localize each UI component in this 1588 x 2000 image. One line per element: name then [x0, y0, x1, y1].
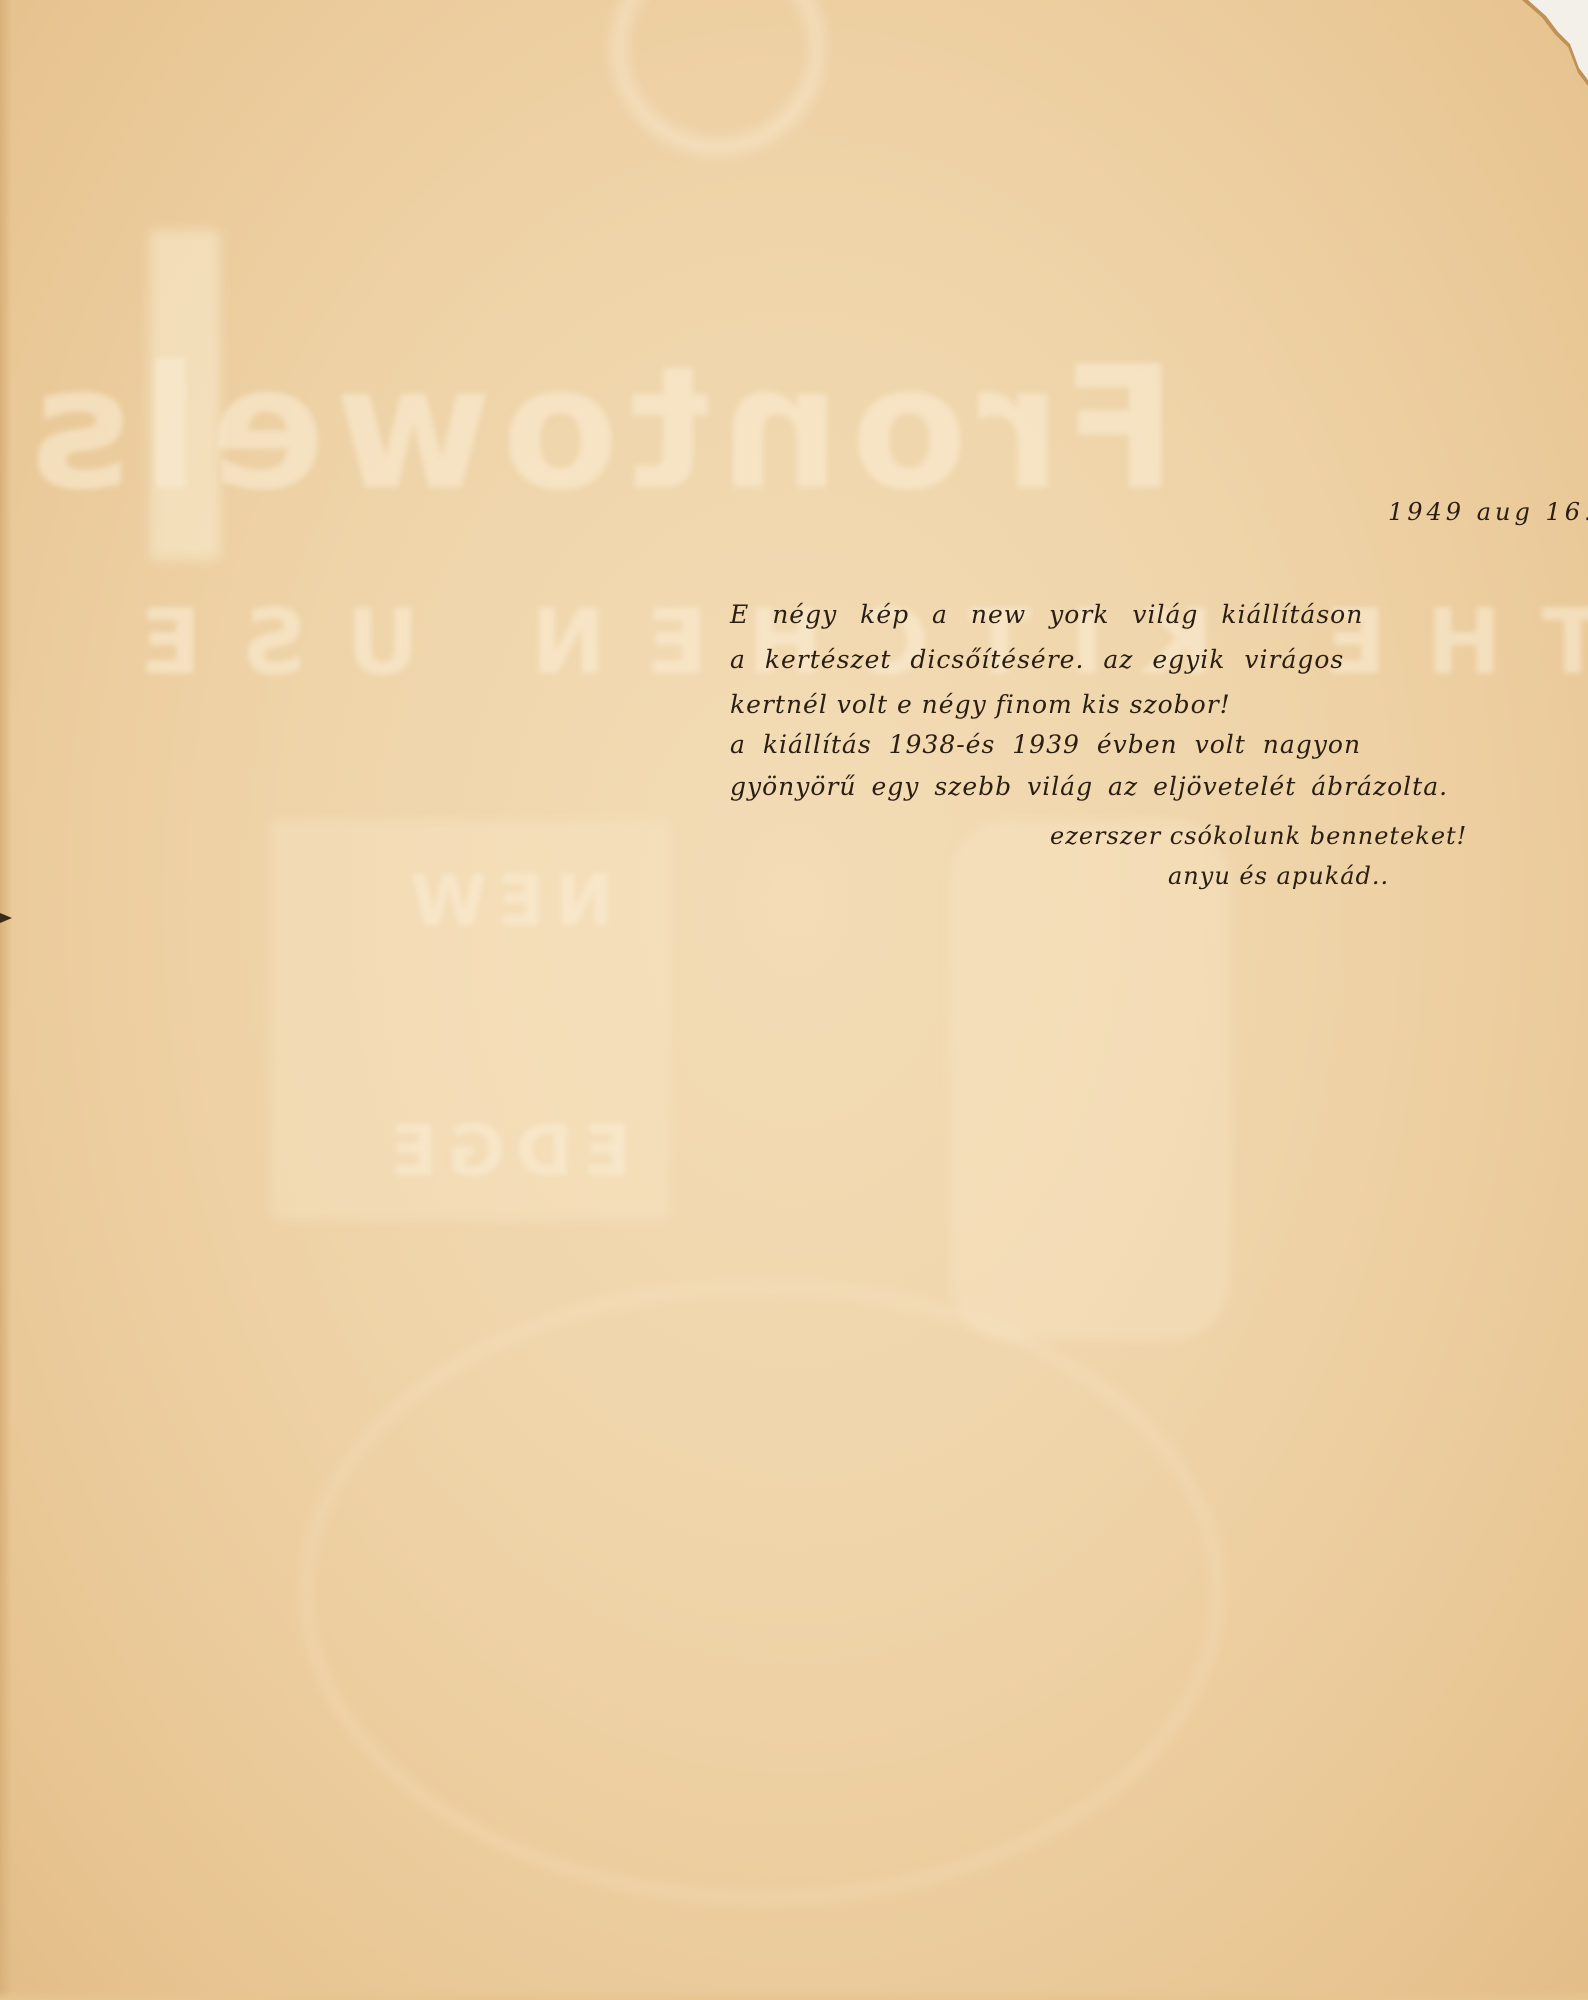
note-line-2: a kertészet dicsőítésére. az egyik virág…: [730, 645, 1344, 674]
note-line-4: a kiállítás 1938-és 1939 évben volt nagy…: [730, 730, 1361, 759]
bleed-through-label-new: NEW: [400, 860, 614, 942]
note-closing: ezerszer csókolunk benneteket!: [1050, 822, 1467, 850]
note-signature: anyu és apukád..: [1168, 862, 1389, 890]
note-date: 1949 aug 16.: [1388, 498, 1588, 526]
aged-paper-page: Frontowels IN THE KITCHEN USE NEW EDGE 1…: [0, 0, 1588, 2000]
paper-bottom-edge: [0, 1990, 1588, 2000]
note-line-1: E négy kép a new york világ kiállításon: [730, 600, 1363, 629]
paper-left-edge-shadow: [0, 0, 12, 2000]
bleed-through-can: [950, 820, 1230, 1340]
note-line-5: gyönyörű egy szebb világ az eljövetelét …: [730, 772, 1448, 801]
bleed-through-oval: [300, 1280, 1224, 1904]
pin-mark: [0, 913, 12, 923]
note-line-3: kertnél volt e négy finom kis szobor!: [730, 690, 1231, 719]
bleed-through-emblem: [610, 0, 826, 156]
bleed-through-headline: Frontowels: [20, 330, 1177, 528]
bleed-through-label-edge: EDGE: [380, 1110, 631, 1192]
